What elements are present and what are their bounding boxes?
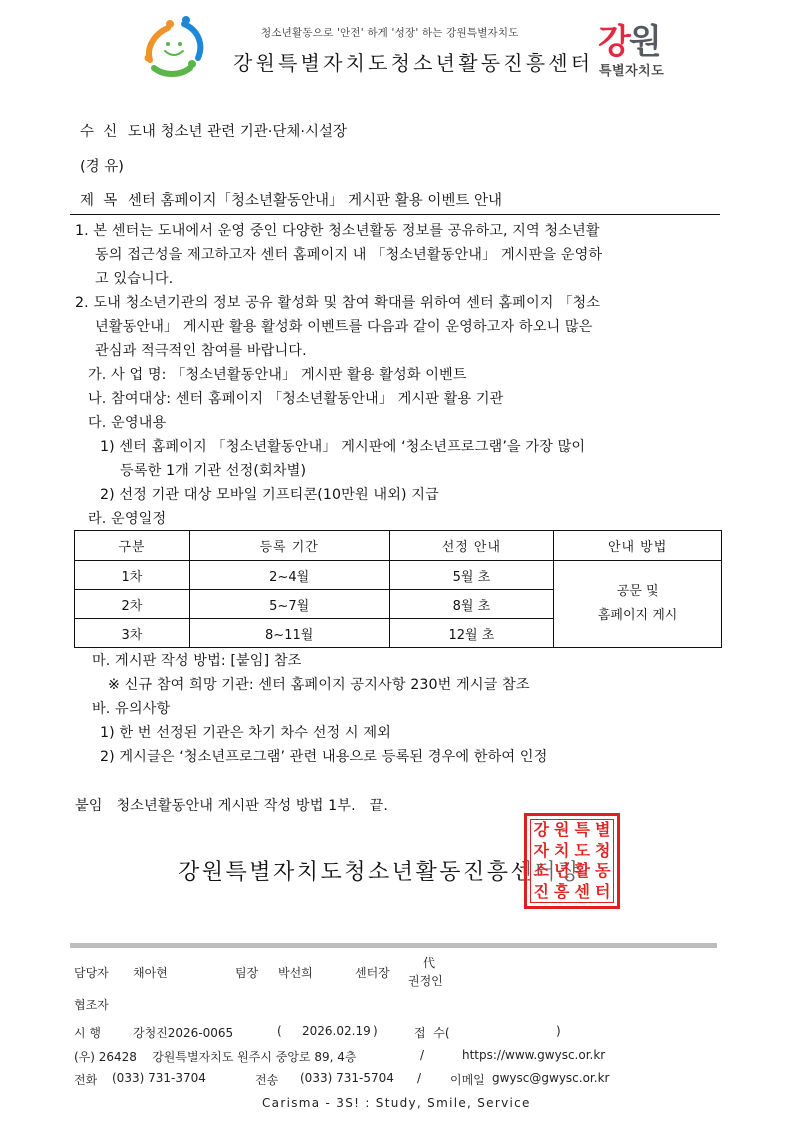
issue-number: 강청진2026-0065	[133, 1024, 233, 1041]
item-ba: 바. 유의사항	[92, 698, 170, 718]
announce-cell: 5월 초	[389, 561, 554, 590]
seal-character: 도	[572, 841, 593, 862]
seal-character: 강	[531, 820, 552, 841]
item-da-1-line-1: 1) 센터 홈페이지 「청소년활동안내」 게시판에 ‘청소년프로그램’을 가장 …	[100, 436, 585, 456]
footer-divider	[70, 943, 717, 948]
item-da-2: 2) 선정 기관 대상 모바일 기프티콘(10만원 내외) 지급	[100, 484, 439, 504]
table-row: 1차 2~4월 5월 초 공문 및 홈페이지 게시	[75, 561, 722, 590]
seal-character: 원	[552, 820, 573, 841]
seal-character: 활	[572, 861, 593, 882]
seal-character: 흥	[552, 882, 573, 903]
method-cell: 공문 및 홈페이지 게시	[554, 561, 722, 648]
phone-label: 전화	[74, 1071, 97, 1088]
via-line: (경 유)	[80, 155, 124, 176]
table-header-cell: 구분	[75, 531, 190, 561]
paragraph-2-line-1: 2. 도내 청소년기관의 정보 공유 활성화 및 참여 확대를 위하여 센터 홈…	[75, 292, 600, 312]
item-na: 나. 참여대상: 센터 홈페이지 「청소년활동안내」 게시판 활용 기관	[88, 388, 503, 408]
attachment-line: 붙임 청소년활동안내 게시판 작성 방법 1부. 끝.	[75, 795, 388, 815]
gangwon-logo-icon: 강원 특별자치도	[598, 18, 670, 80]
website-link[interactable]: https://www.gwysc.or.kr	[462, 1048, 605, 1062]
official-seal-icon: 강원특별자치도청소년활동진흥센터	[524, 813, 620, 909]
seal-character: 동	[593, 861, 614, 882]
receipt-label: 접 수(	[414, 1024, 450, 1041]
subject-line: 제 목 센터 홈페이지「청소년활동안내」 게시판 활용 이벤트 안내	[80, 189, 502, 210]
round-cell: 3차	[75, 619, 190, 648]
method-line-2: 홈페이지 게시	[554, 604, 721, 628]
issue-date-open: (	[277, 1024, 282, 1038]
seal-character: 자	[531, 841, 552, 862]
recipient-line: 수 신 도내 청소년 관련 기관·단체·시설장	[80, 120, 347, 141]
item-ma-note: ※ 신규 참여 희망 기관: 센터 홈페이지 공지사항 230번 게시글 참조	[108, 674, 530, 694]
round-cell: 1차	[75, 561, 190, 590]
seal-character: 터	[593, 882, 614, 903]
address: (우) 26428 강원특별자치도 원주시 중앙로 89, 4층	[74, 1048, 356, 1065]
paragraph-2-line-2: 년활동안내」 게시판 활용 활성화 이벤트를 다음과 같이 운영하고자 하오니 …	[95, 316, 593, 336]
table-header-cell: 안내 방법	[554, 531, 722, 561]
motto: Carisma - 3S! : Study, Smile, Service	[262, 1096, 531, 1110]
paragraph-1-line-2: 동의 접근성을 제고하고자 센터 홈페이지 내 「청소년활동안내」 게시판을 운…	[95, 244, 602, 264]
schedule-table: 구분 등록 기간 선정 안내 안내 방법 1차 2~4월 5월 초 공문 및 홈…	[74, 530, 722, 648]
period-cell: 2~4월	[189, 561, 389, 590]
subject-value: 센터 홈페이지「청소년활동안내」 게시판 활용 이벤트 안내	[128, 193, 502, 209]
paragraph-1-line-1: 1. 본 센터는 도내에서 운영 중인 다양한 청소년활동 정보를 공유하고, …	[75, 220, 600, 240]
announce-cell: 8월 초	[389, 590, 554, 619]
email-link[interactable]: gwysc@gwysc.or.kr	[492, 1071, 609, 1085]
issue-date-close: )	[373, 1024, 378, 1038]
seal-characters: 강원특별자치도청소년활동진흥센터	[530, 819, 614, 903]
team-lead-name: 박선희	[278, 964, 313, 981]
item-ba-1: 1) 한 번 선정된 기관은 차기 차수 선정 시 제외	[100, 722, 391, 742]
header-slogan: 청소년활동으로 '안전' 하게 '성장' 하는 강원특별자치도	[261, 25, 519, 40]
announce-cell: 12월 초	[389, 619, 554, 648]
director-name: 권정인	[408, 972, 443, 989]
team-lead-label: 팀장	[235, 964, 258, 981]
youth-center-logo-icon	[140, 14, 210, 80]
item-ga: 가. 사 업 명: 「청소년활동안내」 게시판 활용 활성화 이벤트	[88, 364, 467, 384]
period-cell: 8~11월	[189, 619, 389, 648]
gangwon-logo-big-text: 강원	[598, 22, 660, 62]
header-divider	[70, 214, 720, 215]
recipient-label: 수 신	[80, 124, 117, 140]
item-ba-2: 2) 게시글은 ‘청소년프로그램’ 관련 내용으로 등록된 경우에 한하여 인정	[100, 746, 547, 766]
table-header-cell: 등록 기간	[189, 531, 389, 561]
signature-name: 강원특별자치도청소년활동진흥센터장	[178, 855, 582, 886]
round-cell: 2차	[75, 590, 190, 619]
item-da-1-line-2: 등록한 1개 기관 선정(회차별)	[120, 460, 306, 480]
phone-number: (033) 731-3704	[112, 1071, 206, 1085]
method-line-1: 공문 및	[554, 580, 721, 604]
table-header-cell: 선정 안내	[389, 531, 554, 561]
gangwon-logo-sub-text: 특별자치도	[599, 60, 664, 79]
seal-character: 소	[531, 861, 552, 882]
seal-character: 센	[572, 882, 593, 903]
item-ma: 마. 게시판 작성 방법: [붙임] 참조	[92, 650, 301, 670]
fax-number: (033) 731-5704	[300, 1071, 394, 1085]
org-title: 강원특별자치도청소년활동진흥센터	[233, 47, 593, 76]
fax-label: 전송	[255, 1071, 278, 1088]
cooperator-label: 협조자	[74, 996, 109, 1013]
recipient-value: 도내 청소년 관련 기관·단체·시설장	[128, 124, 347, 140]
proxy-mark: 代	[423, 954, 435, 971]
seal-character: 특	[572, 820, 593, 841]
receipt-close: )	[556, 1024, 561, 1038]
paragraph-2-line-3: 관심과 적극적인 참여를 바랍니다.	[95, 340, 307, 360]
seal-character: 년	[552, 861, 573, 882]
contact-separator: /	[417, 1071, 421, 1085]
item-ra: 라. 운영일정	[88, 508, 166, 528]
paragraph-1-line-3: 고 있습니다.	[95, 268, 173, 288]
email-label: 이메일	[450, 1071, 485, 1088]
period-cell: 5~7월	[189, 590, 389, 619]
seal-character: 청	[593, 841, 614, 862]
seal-character: 치	[552, 841, 573, 862]
table-header-row: 구분 등록 기간 선정 안내 안내 방법	[75, 531, 722, 561]
staff-name: 채아현	[133, 964, 168, 981]
staff-label: 담당자	[74, 964, 109, 981]
seal-character: 별	[593, 820, 614, 841]
issue-date: 2026.02.19	[302, 1024, 371, 1038]
subject-label: 제 목	[80, 193, 117, 209]
address-separator: /	[420, 1048, 424, 1062]
seal-character: 진	[531, 882, 552, 903]
issue-label: 시 행	[74, 1024, 101, 1041]
director-label: 센터장	[355, 964, 390, 981]
item-da: 다. 운영내용	[88, 412, 166, 432]
